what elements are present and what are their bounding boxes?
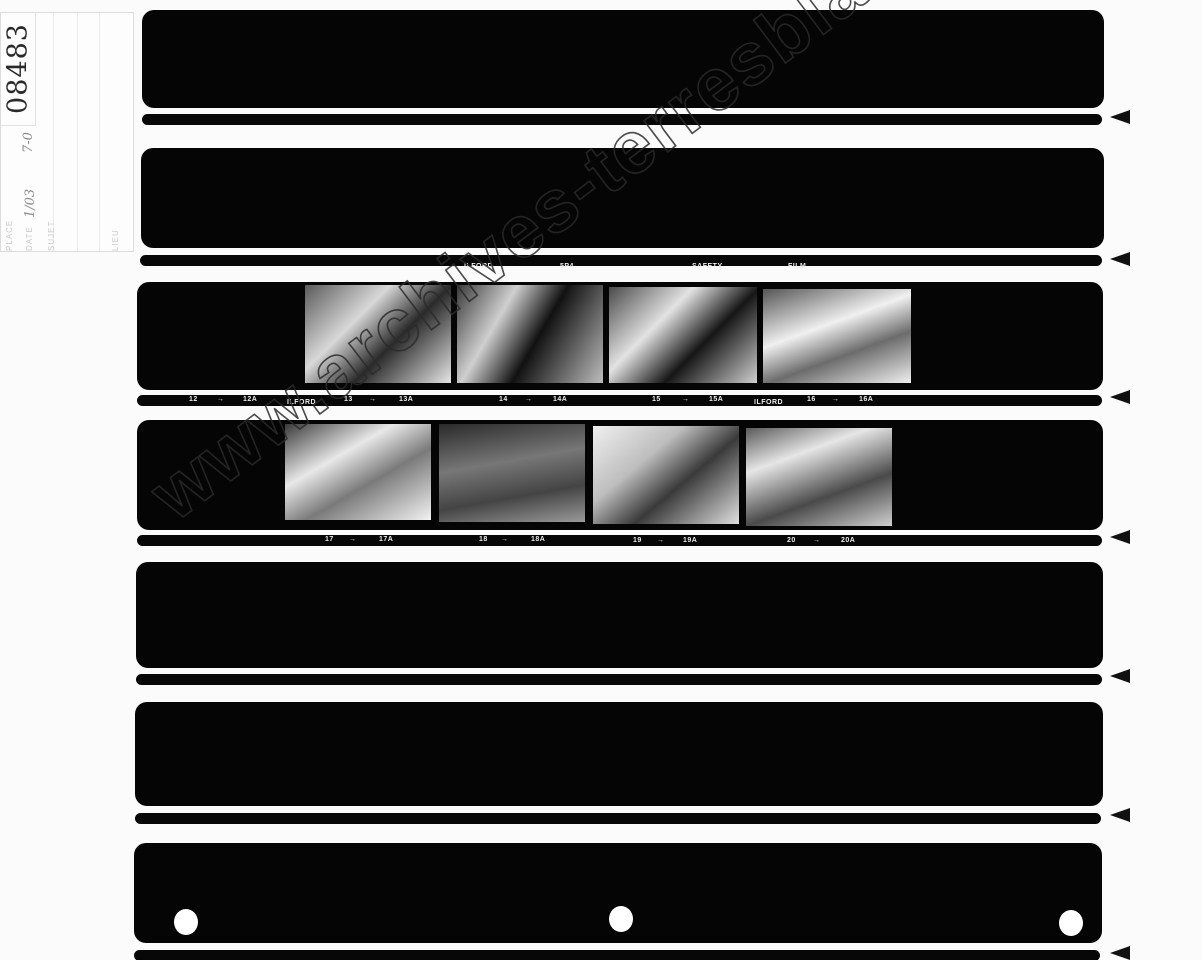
binder-hole bbox=[174, 909, 198, 935]
binder-hole bbox=[609, 906, 633, 932]
negative-number-box: 08483 bbox=[1, 13, 36, 126]
photo-frame-17[interactable] bbox=[285, 424, 431, 520]
card-field-place: PLACE bbox=[5, 220, 14, 251]
photo-frame-15[interactable] bbox=[763, 289, 911, 383]
film-edge-3: 12 → 12A ILFORD 13 → 13A 14 → 14A 15 → 1… bbox=[137, 395, 1102, 406]
sheet-marker-icon bbox=[1110, 390, 1130, 404]
sheet-marker-icon bbox=[1110, 530, 1130, 544]
film-edge-2: ILFORD 5P4 SAFETY FILM bbox=[140, 255, 1102, 266]
film-strip-4 bbox=[137, 420, 1103, 530]
handwritten-date: 1/03 bbox=[23, 189, 38, 218]
film-strip-2 bbox=[141, 148, 1104, 248]
negative-number: 08483 bbox=[3, 16, 34, 122]
card-rule bbox=[99, 13, 100, 251]
film-strip-3 bbox=[137, 282, 1103, 390]
film-strip-5 bbox=[136, 562, 1103, 668]
film-edge-5 bbox=[136, 674, 1102, 685]
film-strip-6 bbox=[135, 702, 1103, 806]
film-edge-1 bbox=[142, 114, 1102, 125]
photo-frame-19[interactable] bbox=[593, 426, 739, 524]
film-edge-7 bbox=[134, 950, 1100, 960]
film-strip-7 bbox=[134, 843, 1102, 943]
archive-label-card: 08483 PLACE DATE SUJET LIEU 1/03 7-0 bbox=[0, 12, 134, 252]
sheet-marker-icon bbox=[1110, 669, 1130, 683]
sheet-marker-icon bbox=[1110, 946, 1130, 960]
sheet-marker-icon bbox=[1110, 808, 1130, 822]
film-strip-1 bbox=[142, 10, 1104, 108]
photo-frame-12[interactable] bbox=[305, 285, 451, 383]
card-rule bbox=[77, 13, 78, 251]
photo-frame-18[interactable] bbox=[439, 424, 585, 522]
sheet-marker-icon bbox=[1110, 110, 1130, 124]
handwritten-note: 7-0 bbox=[21, 132, 36, 153]
card-field-subject: SUJET bbox=[47, 221, 56, 251]
card-field-date: DATE bbox=[25, 226, 34, 251]
film-edge-4: 17 → 17A 18 → 18A 19 → 19A 20 → 20A bbox=[137, 535, 1102, 546]
photo-frame-13[interactable] bbox=[457, 285, 603, 383]
sheet-marker-icon bbox=[1110, 252, 1130, 266]
photo-frame-14[interactable] bbox=[609, 287, 757, 383]
binder-hole bbox=[1059, 910, 1083, 936]
photo-frame-20[interactable] bbox=[746, 428, 892, 526]
card-field-place-lieu: LIEU bbox=[111, 229, 120, 251]
card-rule bbox=[53, 13, 54, 251]
film-edge-6 bbox=[135, 813, 1101, 824]
